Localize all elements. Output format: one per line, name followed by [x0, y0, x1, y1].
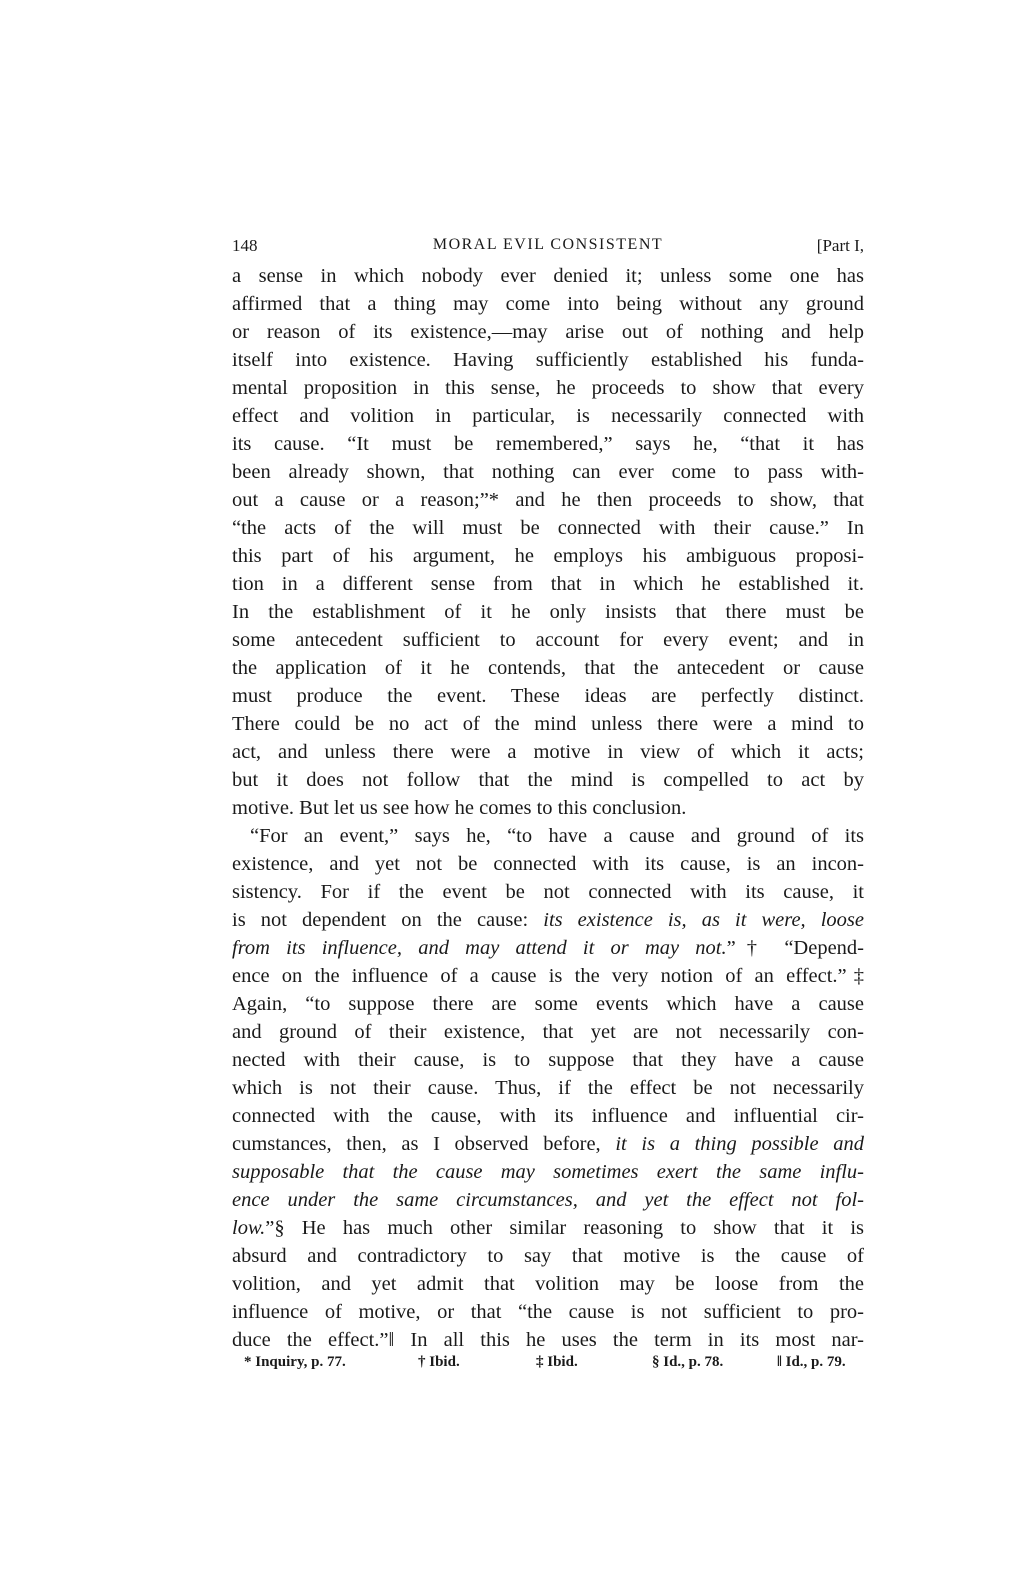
text-segment: act, and unless there were a motive in v… — [232, 741, 864, 763]
footnote: ‡ Ibid. — [536, 1354, 578, 1371]
text-segment: motive. But let us see how he comes to t… — [232, 797, 686, 819]
text-line: supposable that the cause may sometimes … — [232, 1158, 864, 1186]
text-line: a sense in which nobody ever denied it; … — [232, 262, 864, 290]
text-line: ence on the influence of a cause is the … — [232, 962, 864, 990]
text-line: must produce the event. These ideas are … — [232, 682, 864, 710]
text-line: existence, and yet not be connected with… — [232, 850, 864, 878]
text-line: been already shown, that nothing can eve… — [232, 458, 864, 486]
text-segment: mental proposition in this sense, he pro… — [232, 377, 864, 399]
text-segment: itself into existence. Having sufficient… — [232, 349, 864, 371]
text-segment: sistency. For if the event be not connec… — [232, 881, 864, 903]
text-segment: There could be no act of the mind unless… — [232, 713, 864, 735]
text-line: act, and unless there were a motive in v… — [232, 738, 864, 766]
italic-text: low. — [232, 1217, 265, 1239]
text-segment: must produce the event. These ideas are … — [232, 685, 864, 707]
text-line: “the acts of the will must be connected … — [232, 514, 864, 542]
text-segment: tion in a different sense from that in w… — [232, 573, 864, 595]
text-segment: Again, “to suppose there are some events… — [232, 993, 864, 1015]
text-segment: this part of his argument, he employs hi… — [232, 545, 864, 567]
running-title: MORAL EVIL CONSISTENT — [232, 236, 864, 254]
text-line: and ground of their existence, that yet … — [232, 1018, 864, 1046]
text-segment: which is not their cause. Thus, if the e… — [232, 1077, 864, 1099]
italic-text: it is a thing possible and — [615, 1133, 864, 1155]
text-line: motive. But let us see how he comes to t… — [232, 794, 864, 822]
text-segment: In the establishment of it he only insis… — [232, 601, 864, 623]
text-segment: volition, and yet admit that volition ma… — [232, 1273, 864, 1295]
text-line: but it does not follow that the mind is … — [232, 766, 864, 794]
text-segment: existence, and yet not be connected with… — [232, 853, 864, 875]
text-line: sistency. For if the event be not connec… — [232, 878, 864, 906]
text-segment: absurd and contradictory to say that mot… — [232, 1245, 864, 1267]
text-segment: ence on the influence of a cause is the … — [232, 965, 864, 987]
text-segment: affirmed that a thing may come into bein… — [232, 293, 864, 315]
text-segment: a sense in which nobody ever denied it; … — [232, 265, 864, 287]
text-segment: out a cause or a reason;”* and he then p… — [232, 489, 864, 511]
text-line: or reason of its existence,—may arise ou… — [232, 318, 864, 346]
text-line: its cause. “It must be remembered,” says… — [232, 430, 864, 458]
italic-text: ence under the same circumstances, and y… — [232, 1189, 864, 1211]
text-segment: but it does not follow that the mind is … — [232, 769, 864, 791]
text-line: “For an event,” says he, “to have a caus… — [232, 822, 864, 850]
text-line: is not dependent on the cause: its exist… — [232, 906, 864, 934]
text-segment: or reason of its existence,—may arise ou… — [232, 321, 864, 343]
text-segment: ”† “Depend- — [727, 937, 864, 959]
text-line: connected with the cause, with its influ… — [232, 1102, 864, 1130]
text-line: cumstances, then, as I observed before, … — [232, 1130, 864, 1158]
text-line: influence of motive, or that “the cause … — [232, 1298, 864, 1326]
text-segment: “the acts of the will must be connected … — [232, 517, 864, 539]
text-segment: “For an event,” says he, “to have a caus… — [250, 825, 864, 847]
text-line: which is not their cause. Thus, if the e… — [232, 1074, 864, 1102]
text-segment: ”§ He has much other similar reasoning t… — [265, 1217, 864, 1239]
text-line: effect and volition in particular, is ne… — [232, 402, 864, 430]
footnote: § Id., p. 78. — [652, 1354, 723, 1371]
text-line: absurd and contradictory to say that mot… — [232, 1242, 864, 1270]
text-line: itself into existence. Having sufficient… — [232, 346, 864, 374]
footnotes: * Inquiry, p. 77. † Ibid. ‡ Ibid. § Id.,… — [232, 1354, 864, 1376]
italic-text: its existence is, as it were, loose — [543, 909, 864, 931]
text-line: out a cause or a reason;”* and he then p… — [232, 486, 864, 514]
text-line: Again, “to suppose there are some events… — [232, 990, 864, 1018]
footnote: * Inquiry, p. 77. — [244, 1354, 346, 1371]
text-line: nected with their cause, is to suppose t… — [232, 1046, 864, 1074]
text-line: some antecedent sufficient to account fo… — [232, 626, 864, 654]
text-segment: been already shown, that nothing can eve… — [232, 461, 864, 483]
text-line: the application of it he contends, that … — [232, 654, 864, 682]
text-line: tion in a different sense from that in w… — [232, 570, 864, 598]
text-segment: influence of motive, or that “the cause … — [232, 1301, 864, 1323]
text-line: low.”§ He has much other similar reasoni… — [232, 1214, 864, 1242]
italic-text: supposable that the cause may sometimes … — [232, 1161, 864, 1183]
text-segment: its cause. “It must be remembered,” says… — [232, 433, 864, 455]
text-segment: and ground of their existence, that yet … — [232, 1021, 864, 1043]
text-line: volition, and yet admit that volition ma… — [232, 1270, 864, 1298]
text-segment: effect and volition in particular, is ne… — [232, 405, 864, 427]
italic-text: from its influence, and may attend it or… — [232, 937, 727, 959]
text-segment: connected with the cause, with its influ… — [232, 1105, 864, 1127]
text-segment: the application of it he contends, that … — [232, 657, 864, 679]
text-line: mental proposition in this sense, he pro… — [232, 374, 864, 402]
text-line: from its influence, and may attend it or… — [232, 934, 864, 962]
text-segment: duce the effect.”‖ In all this he uses t… — [232, 1329, 864, 1351]
footnote: ‖ Id., p. 79. — [777, 1354, 846, 1371]
text-line: duce the effect.”‖ In all this he uses t… — [232, 1326, 864, 1354]
text-line: ence under the same circumstances, and y… — [232, 1186, 864, 1214]
footnote: † Ibid. — [418, 1354, 460, 1371]
text-line: affirmed that a thing may come into bein… — [232, 290, 864, 318]
running-head: 148 MORAL EVIL CONSISTENT [Part I, — [232, 236, 864, 258]
text-line: There could be no act of the mind unless… — [232, 710, 864, 738]
text-line: this part of his argument, he employs hi… — [232, 542, 864, 570]
text-line: In the establishment of it he only insis… — [232, 598, 864, 626]
text-segment: some antecedent sufficient to account fo… — [232, 629, 864, 651]
text-segment: nected with their cause, is to suppose t… — [232, 1049, 864, 1071]
text-segment: cumstances, then, as I observed before, — [232, 1133, 615, 1155]
body-text: a sense in which nobody ever denied it; … — [232, 262, 864, 1354]
part-label: [Part I, — [817, 236, 864, 256]
text-segment: is not dependent on the cause: — [232, 909, 543, 931]
